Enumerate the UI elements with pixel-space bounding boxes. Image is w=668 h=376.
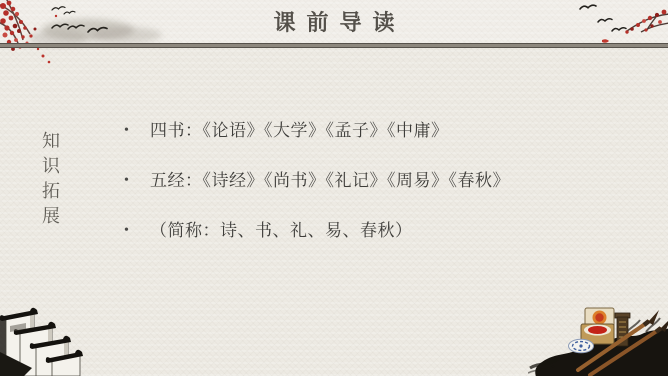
porcelain-dish-icon	[569, 339, 594, 353]
title-divider-line	[0, 43, 668, 48]
seal-stamp-icon	[615, 313, 630, 346]
bullet-dot: •	[124, 220, 150, 242]
bullet-text-four-books: 四书：《论语》《大学》《孟子》《中庸》	[150, 120, 449, 142]
calligraphy-set-icon	[528, 296, 668, 376]
list-item: • 四书：《论语》《大学》《孟子》《中庸》	[124, 120, 510, 142]
side-label-vertical: 知识拓展	[37, 131, 63, 231]
bullet-list: • 四书：《论语》《大学》《孟子》《中庸》 • 五经：《诗经》《尚书》《礼记》《…	[124, 120, 510, 270]
calligraphy-brushes-icon	[578, 310, 668, 375]
presentation-slide: 课前导读 知识拓展 • 四书：《论语》《大学》《孟子》《中庸》 • 五经：《诗经…	[0, 0, 668, 376]
list-item: • 五经：《诗经》《尚书》《礼记》《周易》《春秋》	[124, 170, 510, 192]
rooftops-icon	[0, 296, 105, 376]
bullet-dot: •	[124, 170, 150, 192]
bullet-text-five-classics: 五经：《诗经》《尚书》《礼记》《周易》《春秋》	[150, 170, 510, 192]
bullet-text-abbreviations: （简称：诗、书、礼、易、春秋）	[150, 220, 413, 242]
seal-paste-box-icon	[581, 308, 614, 344]
list-item: • （简称：诗、书、礼、易、春秋）	[124, 220, 510, 242]
bullet-dot: •	[124, 120, 150, 142]
slide-title: 课前导读	[0, 9, 668, 37]
